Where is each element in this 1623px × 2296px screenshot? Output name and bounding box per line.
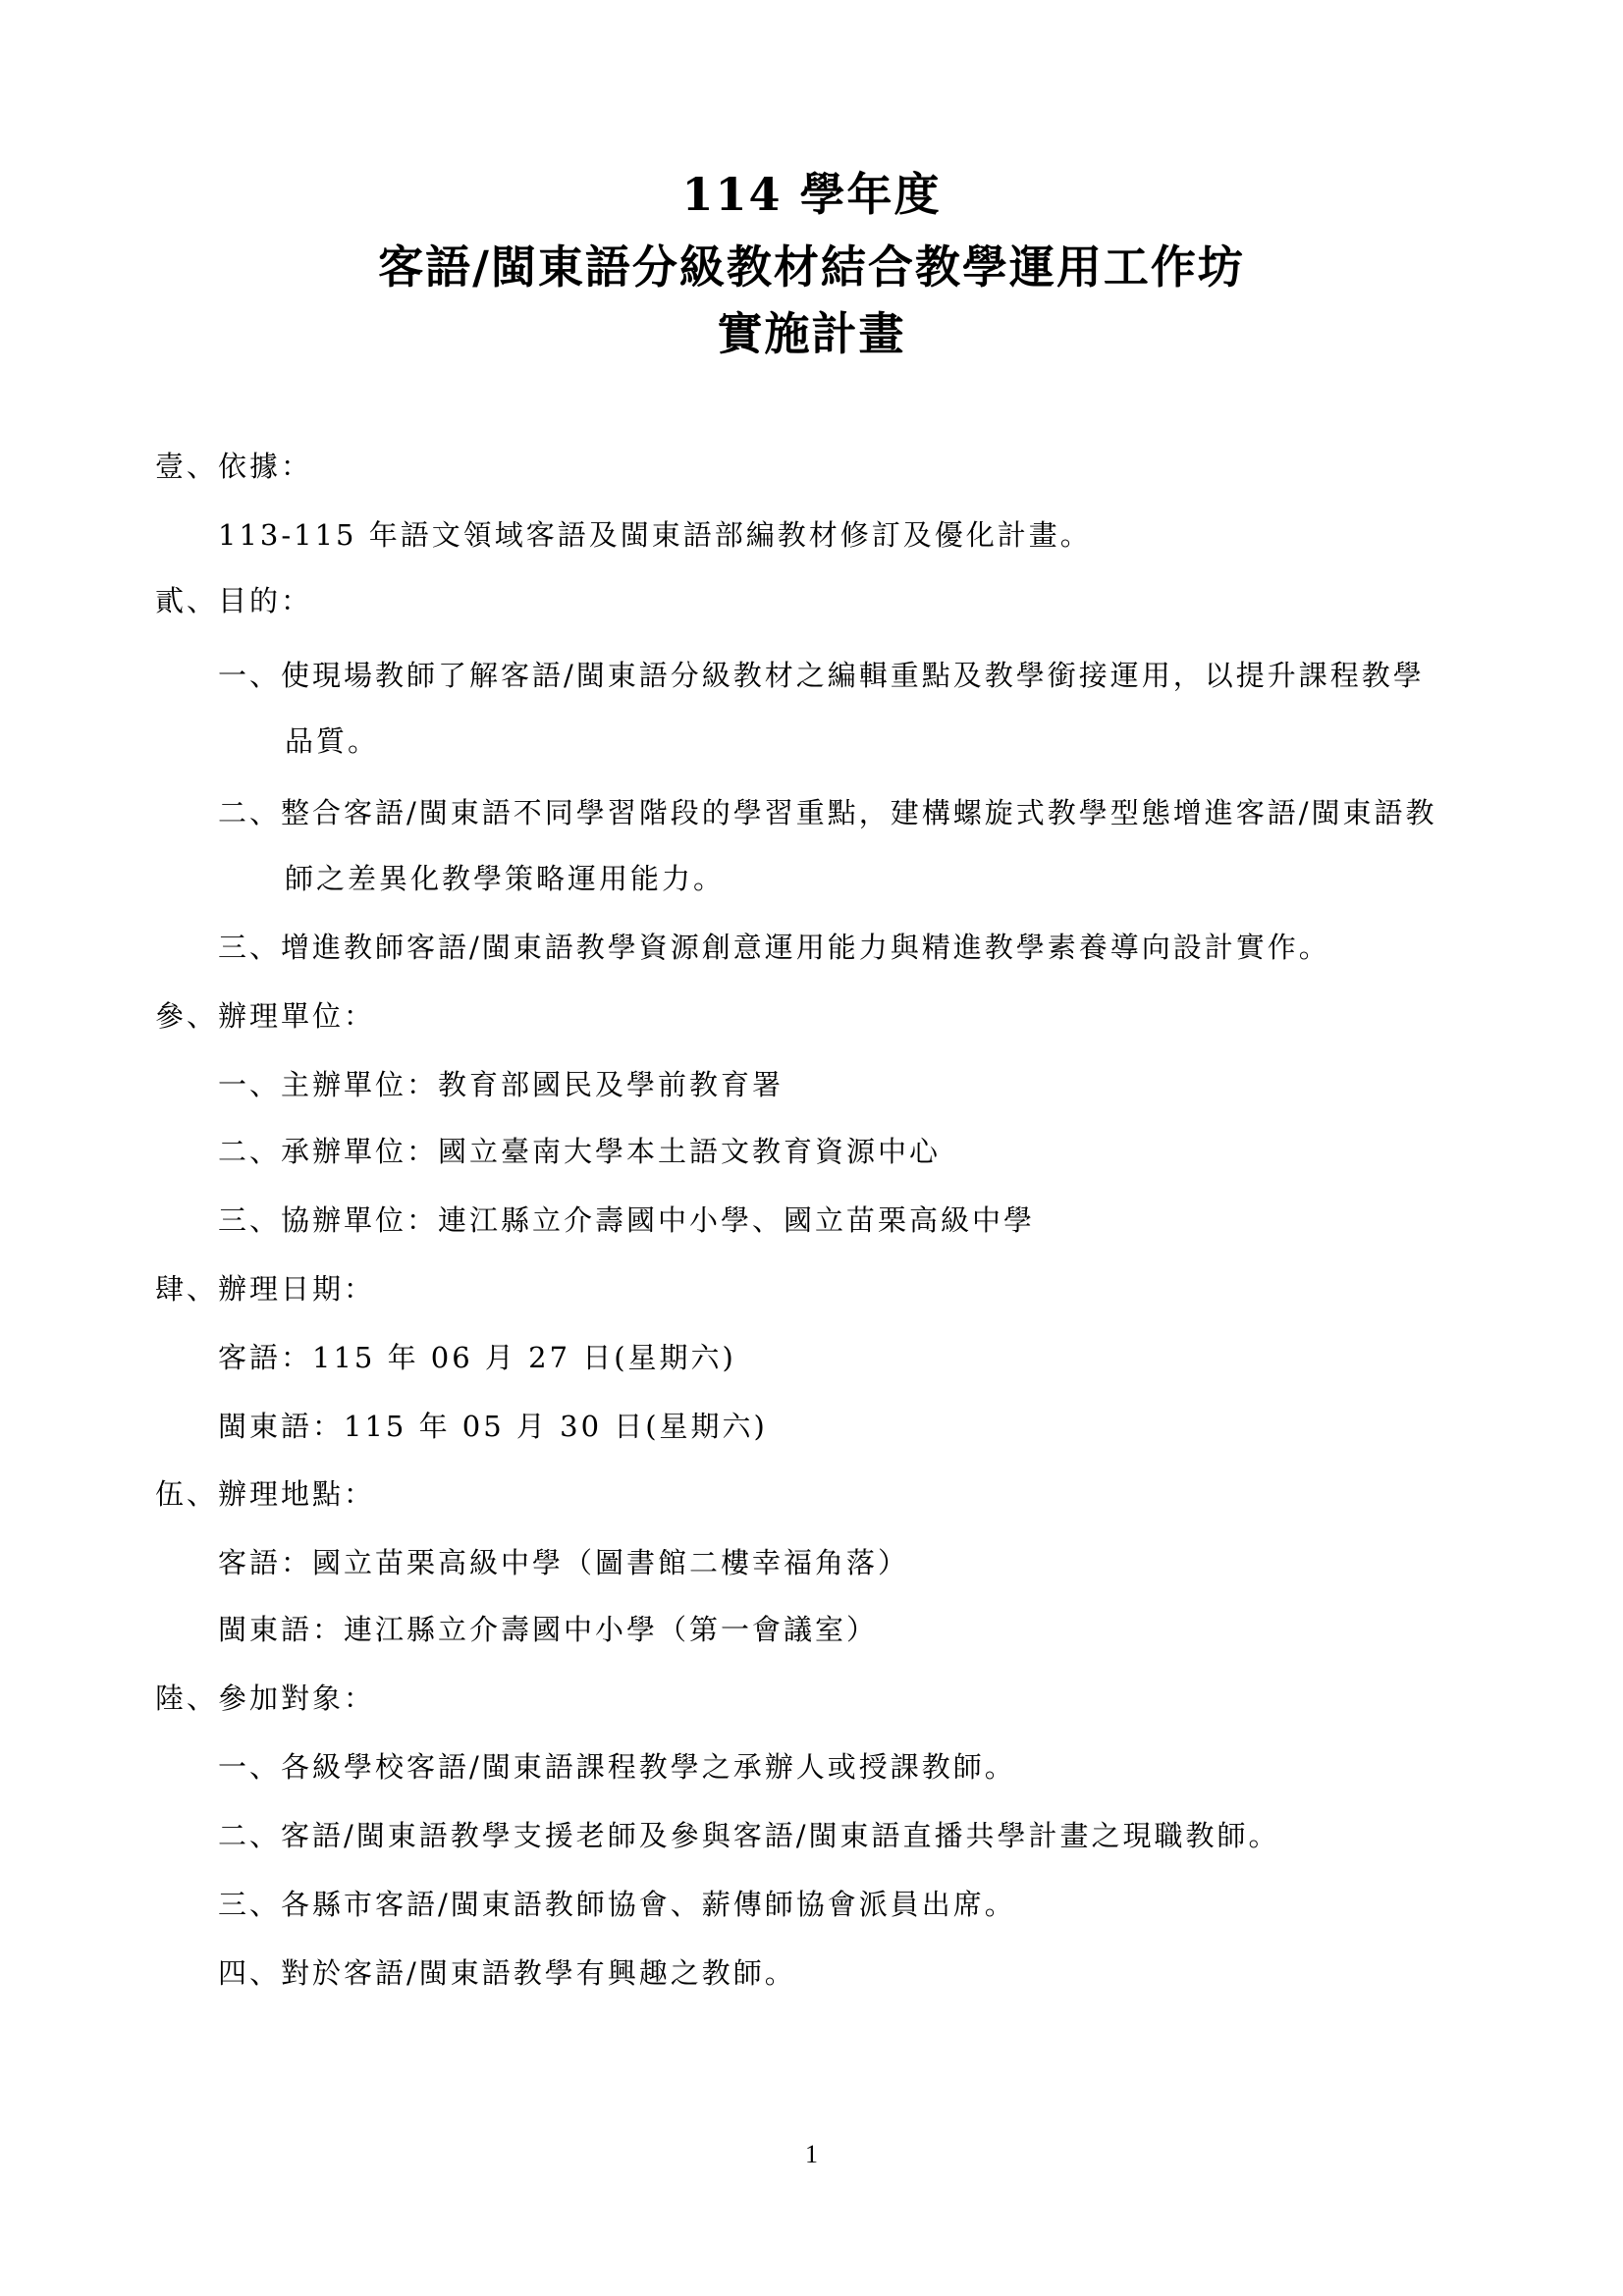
- document-page: 114 學年度 客語/閩東語分級教材結合教學運用工作坊 實施計畫 壹、依據： 1…: [0, 0, 1623, 2296]
- section-heading-purpose: 貳、目的：: [155, 581, 312, 620]
- purpose-item-1: 一、使現場教師了解客語/閩東語分級教材之編輯重點及教學銜接運用，以提升課程教學: [218, 656, 1425, 695]
- organizer-host: 一、主辦單位：教育部國民及學前教育署: [218, 1065, 784, 1104]
- organizer-co-host: 三、協辦單位：連江縣立介壽國中小學、國立苗栗高級中學: [218, 1201, 1035, 1240]
- participant-item-2: 二、客語/閩東語教學支援老師及參與客語/閩東語直播共學計畫之現職教師。: [218, 1816, 1280, 1855]
- title-school-year: 114 學年度: [0, 165, 1623, 224]
- section-heading-participants: 陸、參加對象：: [155, 1679, 375, 1718]
- section-heading-basis: 壹、依據：: [155, 447, 312, 486]
- title-workshop-name: 客語/閩東語分級教材結合教學運用工作坊: [0, 238, 1623, 296]
- purpose-item-3: 三、增進教師客語/閩東語教學資源創意運用能力與精進教學素養導向設計實作。: [218, 928, 1330, 967]
- section-heading-dates: 肆、辦理日期：: [155, 1269, 375, 1308]
- purpose-item-2-continued: 師之差異化教學策略運用能力。: [285, 859, 725, 898]
- section-heading-organizers: 參、辦理單位：: [155, 996, 375, 1036]
- title-plan: 實施計畫: [0, 304, 1623, 363]
- date-mindong: 閩東語：115 年 05 月 30 日(星期六): [218, 1407, 768, 1446]
- section-heading-venues: 伍、辦理地點：: [155, 1474, 375, 1514]
- page-number: 1: [0, 2138, 1623, 2171]
- venue-hakka: 客語：國立苗栗高級中學（圖書館二樓幸福角落）: [218, 1543, 909, 1582]
- participant-item-3: 三、各縣市客語/閩東語教師協會、薪傳師協會派員出席。: [218, 1885, 1016, 1924]
- participant-item-1: 一、各級學校客語/閩東語課程教學之承辦人或授課教師。: [218, 1747, 1016, 1787]
- purpose-item-1-continued: 品質。: [285, 721, 379, 761]
- venue-mindong: 閩東語：連江縣立介壽國中小學（第一會議室）: [218, 1610, 878, 1649]
- purpose-item-2: 二、整合客語/閩東語不同學習階段的學習重點，建構螺旋式教學型態增進客語/閩東語教: [218, 793, 1437, 832]
- date-hakka: 客語：115 年 06 月 27 日(星期六): [218, 1338, 736, 1377]
- organizer-executor: 二、承辦單位：國立臺南大學本土語文教育資源中心: [218, 1132, 941, 1171]
- basis-item: 113-115 年語文領域客語及閩東語部編教材修訂及優化計畫。: [218, 515, 1092, 555]
- participant-item-4: 四、對於客語/閩東語教學有興趣之教師。: [218, 1953, 796, 1993]
